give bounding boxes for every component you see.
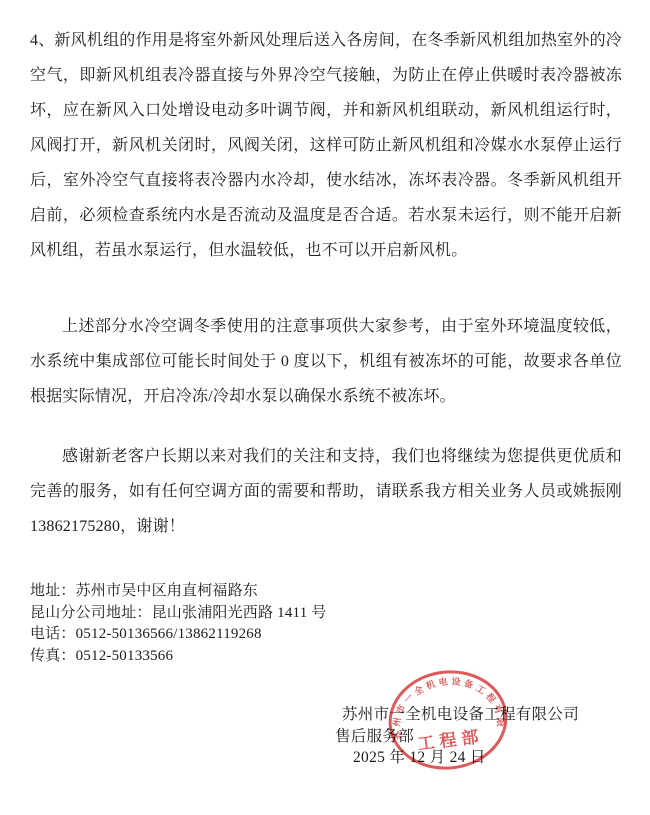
- contact-block: 地址：苏州市吴中区甪直柯福路东 昆山分公司地址：昆山张浦阳光西路 1411 号 …: [30, 581, 622, 667]
- document-content: 4、新风机组的作用是将室外新风处理后送入各房间，在冬季新风机组加热室外的冷空气，…: [30, 0, 622, 769]
- signature-company-name: 苏州市一全机电设备工程有限公司: [335, 704, 622, 726]
- signature-date: 2025 年 12 月 24 日: [335, 747, 622, 769]
- document-page: 4、新风机组的作用是将室外新风处理后送入各房间，在冬季新风机组加热室外的冷空气，…: [0, 0, 650, 815]
- address-line: 地址：苏州市吴中区甪直柯福路东: [30, 581, 622, 603]
- paragraph-winter-notice: 上述部分水冷空调冬季使用的注意事项供大家参考，由于室外环境温度较低，水系统中集成…: [30, 309, 622, 414]
- fax-line: 传真：0512-50133566: [30, 646, 622, 668]
- paragraph-thanks: 感谢新老客户长期以来对我们的关注和支持，我们也将继续为您提供更优质和完善的服务，…: [30, 439, 622, 544]
- phone-line: 电话：0512-50136566/13862119268: [30, 624, 622, 646]
- branch-address-line: 昆山分公司地址：昆山张浦阳光西路 1411 号: [30, 603, 622, 625]
- signature-block: 苏州市一全机电设备工程有限公司 售后服务部 2025 年 12 月 24 日: [335, 704, 622, 769]
- signature-department: 售后服务部: [335, 726, 622, 748]
- paragraph-fresh-air-unit: 4、新风机组的作用是将室外新风处理后送入各房间，在冬季新风机组加热室外的冷空气，…: [30, 23, 622, 268]
